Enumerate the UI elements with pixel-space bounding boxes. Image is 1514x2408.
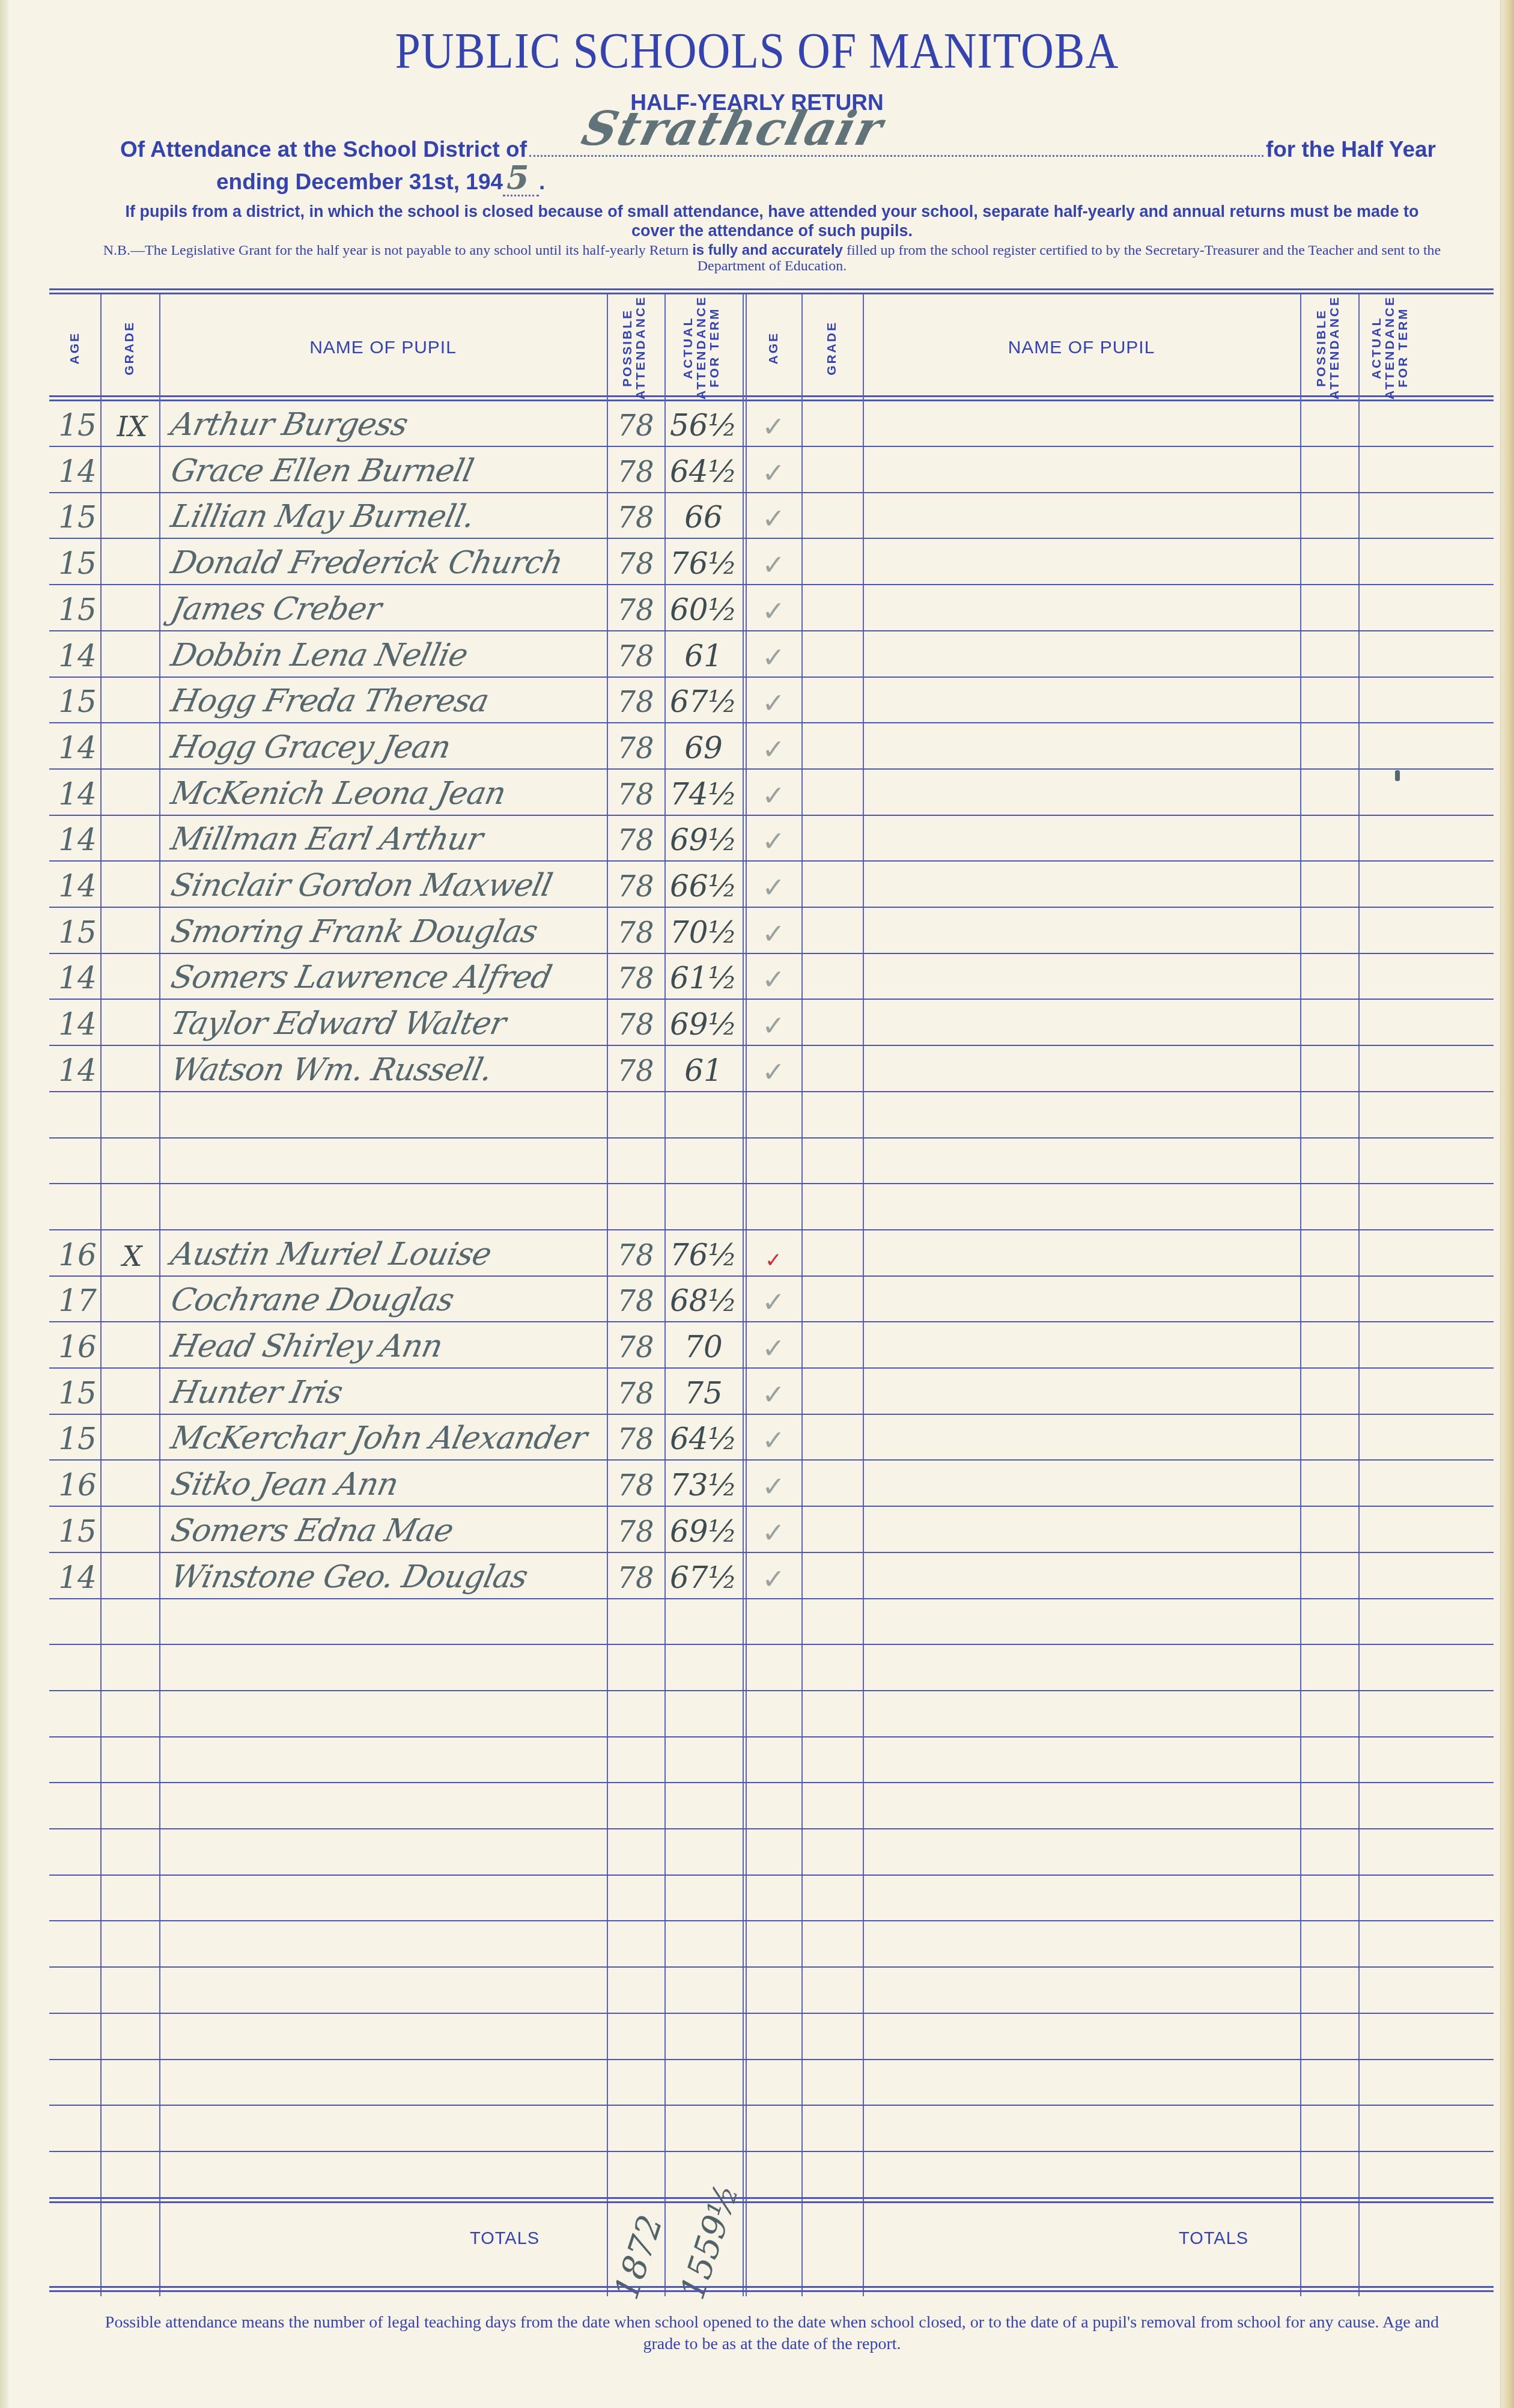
ending-prefix: ending December 31st, 194	[216, 169, 503, 194]
pupil-grade	[105, 446, 160, 493]
col-header-actual: ACTUAL ATTENDANCE FOR TERM	[664, 297, 743, 399]
pupil-grade	[105, 907, 160, 953]
actual-attendance: 64½	[664, 1414, 743, 1460]
check-mark-icon: ✓	[746, 631, 801, 677]
table-row[interactable]: 14Hogg Gracey Jean7869✓	[49, 723, 1494, 769]
check-mark-icon: ✓	[746, 1552, 801, 1599]
possible-attendance: 78	[607, 1368, 664, 1414]
footer-note: Possible attendance means the number of …	[102, 2312, 1442, 2355]
pupil-grade	[105, 1184, 160, 1230]
possible-attendance: 78	[607, 446, 664, 493]
pupil-grade	[105, 1322, 160, 1368]
table-row[interactable]: 17Cochrane Douglas7868½✓	[49, 1275, 1494, 1322]
pupil-name: Taylor Edward Walter	[167, 999, 621, 1045]
check-mark-icon: ✓	[746, 585, 801, 631]
possible-attendance: 78	[607, 999, 664, 1045]
check-mark-icon: ✓	[746, 1275, 801, 1322]
actual-attendance: 76½	[664, 1230, 743, 1276]
pupil-age: 14	[54, 999, 101, 1045]
pupil-name: Grace Ellen Burnell	[167, 446, 621, 493]
col-header-possible: POSSIBLE ATTENDANCE	[607, 297, 664, 399]
check-mark-icon: ✓	[746, 492, 801, 538]
possible-attendance: 78	[607, 1552, 664, 1599]
col-header-grade-2: GRADE	[801, 297, 863, 399]
district-field[interactable]: Strathclair	[529, 137, 1263, 157]
pupil-age: 15	[54, 907, 101, 953]
possible-attendance	[607, 1092, 664, 1138]
actual-attendance: 69½	[664, 999, 743, 1045]
actual-attendance: 74½	[664, 769, 743, 815]
nb-note: N.B.—The Legislative Grant for the half …	[102, 243, 1442, 274]
possible-attendance: 78	[607, 676, 664, 723]
pupil-age	[54, 1184, 101, 1230]
pupil-name: Cochrane Douglas	[167, 1275, 621, 1322]
pupil-grade	[105, 1045, 160, 1092]
pupil-age: 14	[54, 953, 101, 999]
check-mark-icon: ✓	[746, 999, 801, 1045]
pupil-grade	[105, 1275, 160, 1322]
possible-attendance: 78	[607, 1460, 664, 1506]
table-row[interactable]: 14Winstone Geo. Douglas7867½✓	[49, 1552, 1494, 1599]
row-rule	[49, 1736, 1494, 1738]
actual-attendance: 66	[664, 492, 743, 538]
pupil-grade	[105, 1092, 160, 1138]
pupil-age: 15	[54, 1506, 101, 1552]
possible-attendance: 78	[607, 631, 664, 677]
table-row[interactable]: 14Millman Earl Arthur7869½✓	[49, 815, 1494, 861]
possible-attendance: 78	[607, 815, 664, 861]
row-rule	[49, 2151, 1494, 2152]
pupil-name: Hogg Freda Theresa	[167, 676, 621, 723]
table-row[interactable]: 14McKenich Leona Jean7874½✓	[49, 769, 1494, 815]
actual-attendance: 61½	[664, 953, 743, 999]
row-rule	[49, 1782, 1494, 1783]
row-rule	[49, 1828, 1494, 1829]
row-rule	[49, 1920, 1494, 1921]
actual-attendance: 69½	[664, 815, 743, 861]
pupil-age: 14	[54, 861, 101, 907]
col-header-actual-2: ACTUAL ATTENDANCE FOR TERM	[1358, 297, 1443, 399]
district-line: Of Attendance at the School District of …	[120, 137, 1436, 168]
pupil-name: Somers Edna Mae	[167, 1506, 621, 1552]
actual-attendance	[664, 1137, 743, 1184]
possible-attendance: 78	[607, 1414, 664, 1460]
pupil-grade: IX	[105, 400, 160, 446]
pupil-grade	[105, 538, 160, 585]
pupil-name: Lillian May Burnell.	[167, 492, 621, 538]
check-mark-icon: ✓	[746, 538, 801, 585]
pupil-grade	[105, 861, 160, 907]
nb-text: N.B.—The Legislative Grant for the half …	[103, 243, 689, 258]
pupil-name: Austin Muriel Louise	[167, 1230, 621, 1276]
pupil-age: 16	[54, 1230, 101, 1276]
pupil-age: 15	[54, 585, 101, 631]
pupil-grade	[105, 953, 160, 999]
possible-attendance: 78	[607, 1322, 664, 1368]
pupil-grade	[105, 1552, 160, 1599]
pupil-grade	[105, 999, 160, 1045]
actual-attendance: 67½	[664, 1552, 743, 1599]
ending-line: ending December 31st, 1945 .	[216, 169, 545, 196]
pupil-name: Winstone Geo. Douglas	[167, 1552, 621, 1599]
pupil-name: McKenich Leona Jean	[167, 769, 621, 815]
check-mark-icon: ✓	[746, 769, 801, 815]
table-row[interactable]: 15Somers Edna Mae7869½✓	[49, 1506, 1494, 1552]
pupil-grade	[105, 1414, 160, 1460]
ink-mark	[1395, 770, 1400, 781]
pupil-name	[167, 1092, 621, 1138]
district-suffix: for the Half Year	[1266, 137, 1436, 162]
total-possible: 1872	[607, 2210, 670, 2304]
pupil-name: McKerchar John Alexander	[167, 1414, 621, 1460]
table-row[interactable]: 14Watson Wm. Russell.7861✓	[49, 1045, 1494, 1092]
table-row[interactable]: 15IXArthur Burgess7856½✓	[49, 400, 1494, 446]
pupil-grade	[105, 676, 160, 723]
pupil-name	[167, 1137, 621, 1184]
row-rule	[49, 1690, 1494, 1691]
col-header-age-2: AGE	[746, 297, 801, 399]
totals-label-left: TOTALS	[470, 2229, 540, 2249]
totals-top-rule	[49, 2197, 1494, 2199]
possible-attendance: 78	[607, 1045, 664, 1092]
col-header-name: NAME OF PUPIL	[159, 297, 607, 399]
pupil-name: Hogg Gracey Jean	[167, 723, 621, 769]
pupil-grade	[105, 1506, 160, 1552]
pupil-age: 16	[54, 1322, 101, 1368]
col-header-possible-2: POSSIBLE ATTENDANCE	[1300, 297, 1358, 399]
actual-attendance: 69½	[664, 1506, 743, 1552]
pupil-grade	[105, 492, 160, 538]
check-mark-icon: ✓	[746, 1322, 801, 1368]
row-rule	[49, 2059, 1494, 2060]
pupil-name: Somers Lawrence Alfred	[167, 953, 621, 999]
check-mark-icon: ✓	[746, 723, 801, 769]
pupil-age: 14	[54, 1045, 101, 1092]
table-row[interactable]: 16Head Shirley Ann7870✓	[49, 1322, 1494, 1368]
actual-attendance: 66½	[664, 861, 743, 907]
table-row[interactable]: 14Taylor Edward Walter7869½✓	[49, 999, 1494, 1045]
pupil-name	[167, 1184, 621, 1230]
attendance-table: AGE GRADE NAME OF PUPIL POSSIBLE ATTENDA…	[49, 288, 1494, 2296]
pupil-grade	[105, 815, 160, 861]
pupil-age: 17	[54, 1275, 101, 1322]
table-row[interactable]: 16XAustin Muriel Louise7876½✓	[49, 1230, 1494, 1276]
pupil-age	[54, 1137, 101, 1184]
nb-bold: is fully and accurately	[692, 242, 843, 258]
table-row[interactable]: 15Hogg Freda Theresa7867½✓	[49, 676, 1494, 723]
possible-attendance: 78	[607, 1506, 664, 1552]
possible-attendance: 78	[607, 907, 664, 953]
pupil-age: 15	[54, 400, 101, 446]
possible-attendance	[607, 1184, 664, 1230]
pupil-age: 14	[54, 815, 101, 861]
check-mark-icon: ✓	[746, 1368, 801, 1414]
pupil-name: Hunter Iris	[167, 1368, 621, 1414]
col-header-name-2: NAME OF PUPIL	[863, 297, 1300, 399]
pupil-age: 14	[54, 1552, 101, 1599]
col-header-grade: GRADE	[100, 297, 159, 399]
pupil-grade	[105, 1368, 160, 1414]
actual-attendance: 70	[664, 1322, 743, 1368]
totals-label-right: TOTALS	[1179, 2229, 1248, 2249]
possible-attendance: 78	[607, 400, 664, 446]
check-mark-icon: ✓	[746, 1414, 801, 1460]
actual-attendance: 76½	[664, 538, 743, 585]
row-rule	[49, 1966, 1494, 1968]
pupil-grade	[105, 769, 160, 815]
pupil-age: 15	[54, 538, 101, 585]
pupil-age: 15	[54, 1414, 101, 1460]
table-row[interactable]: 14Somers Lawrence Alfred7861½✓	[49, 953, 1494, 999]
table-top-rule	[49, 288, 1494, 290]
check-mark-icon: ✓	[746, 1045, 801, 1092]
pupil-age: 14	[54, 723, 101, 769]
district-prefix: Of Attendance at the School District of	[120, 137, 527, 162]
actual-attendance: 68½	[664, 1275, 743, 1322]
actual-attendance: 70½	[664, 907, 743, 953]
actual-attendance: 61	[664, 1045, 743, 1092]
pupil-name: Arthur Burgess	[167, 400, 621, 446]
actual-attendance: 69	[664, 723, 743, 769]
possible-attendance: 78	[607, 492, 664, 538]
pupil-name: Watson Wm. Russell.	[167, 1045, 621, 1092]
pupil-name: James Creber	[167, 585, 621, 631]
possible-attendance: 78	[607, 723, 664, 769]
possible-attendance: 78	[607, 538, 664, 585]
table-row[interactable]: 14Dobbin Lena Nellie7861✓	[49, 631, 1494, 677]
actual-attendance: 56½	[664, 400, 743, 446]
table-row[interactable]: 15Hunter Iris7875✓	[49, 1368, 1494, 1414]
row-rule	[49, 1874, 1494, 1876]
year-field[interactable]: 5	[503, 169, 539, 196]
check-mark-icon: ✓	[746, 953, 801, 999]
possible-attendance: 78	[607, 1275, 664, 1322]
table-row[interactable]: 15James Creber7860½✓	[49, 585, 1494, 631]
actual-attendance: 60½	[664, 585, 743, 631]
table-row[interactable]: 15Smoring Frank Douglas7870½✓	[49, 907, 1494, 953]
table-row[interactable]	[49, 1137, 1494, 1184]
table-row[interactable]: 15Donald Frederick Church7876½✓	[49, 538, 1494, 585]
table-row[interactable]: 15McKerchar John Alexander7864½✓	[49, 1414, 1494, 1460]
pupil-age: 15	[54, 676, 101, 723]
table-row[interactable]: 15Lillian May Burnell.7866✓	[49, 492, 1494, 538]
check-mark-icon	[746, 1184, 801, 1230]
year-digit: 5	[506, 159, 529, 197]
actual-attendance: 64½	[664, 446, 743, 493]
page-edge-right	[1500, 0, 1514, 2408]
possible-attendance: 78	[607, 861, 664, 907]
pupil-age: 15	[54, 1368, 101, 1414]
row-rule	[49, 2105, 1494, 2106]
pupil-age: 14	[54, 769, 101, 815]
pupil-age: 14	[54, 631, 101, 677]
actual-attendance: 73½	[664, 1460, 743, 1506]
row-rule	[49, 2013, 1494, 2014]
pupil-age: 14	[54, 446, 101, 493]
table-row[interactable]	[49, 1184, 1494, 1230]
check-mark-icon: ✓	[746, 1230, 801, 1276]
check-mark-icon: ✓	[746, 815, 801, 861]
actual-attendance	[664, 1092, 743, 1138]
table-row[interactable]: 14Sinclair Gordon Maxwell7866½✓	[49, 861, 1494, 907]
col-header-age: AGE	[49, 297, 100, 399]
pupil-grade	[105, 1137, 160, 1184]
actual-attendance: 61	[664, 631, 743, 677]
possible-attendance	[607, 1137, 664, 1184]
pupil-name: Donald Frederick Church	[167, 538, 621, 585]
ending-suffix: .	[539, 169, 545, 194]
pupil-name: Sitko Jean Ann	[167, 1460, 621, 1506]
actual-attendance	[664, 1184, 743, 1230]
pupil-age: 15	[54, 492, 101, 538]
pupil-age: 16	[54, 1460, 101, 1506]
possible-attendance: 78	[607, 1230, 664, 1276]
table-bottom-rule	[49, 2286, 1494, 2288]
check-mark-icon: ✓	[746, 1460, 801, 1506]
pupil-name: Smoring Frank Douglas	[167, 907, 621, 953]
table-row[interactable]: 16Sitko Jean Ann7873½✓	[49, 1460, 1494, 1506]
pupil-name: Sinclair Gordon Maxwell	[167, 861, 621, 907]
check-mark-icon: ✓	[746, 446, 801, 493]
pupil-grade	[105, 585, 160, 631]
pupil-grade: X	[105, 1230, 160, 1276]
check-mark-icon: ✓	[746, 861, 801, 907]
possible-attendance: 78	[607, 953, 664, 999]
check-mark-icon: ✓	[746, 676, 801, 723]
page-edge-left	[0, 0, 8, 2408]
check-mark-icon	[746, 1137, 801, 1184]
form-title: PUBLIC SCHOOLS OF MANITOBA	[0, 22, 1514, 81]
possible-attendance: 78	[607, 585, 664, 631]
possible-attendance: 78	[607, 769, 664, 815]
check-mark-icon	[746, 1092, 801, 1138]
row-rule	[49, 1644, 1494, 1645]
table-row[interactable]: 14Grace Ellen Burnell7864½✓	[49, 446, 1494, 493]
pupil-grade	[105, 1460, 160, 1506]
pupil-grade	[105, 723, 160, 769]
district-name: Strathclair	[577, 102, 889, 156]
pupil-age	[54, 1092, 101, 1138]
pupil-grade	[105, 631, 160, 677]
check-mark-icon: ✓	[746, 400, 801, 446]
actual-attendance: 67½	[664, 676, 743, 723]
table-row[interactable]	[49, 1092, 1494, 1138]
warning-note: If pupils from a district, in which the …	[102, 202, 1442, 240]
actual-attendance: 75	[664, 1368, 743, 1414]
check-mark-icon: ✓	[746, 907, 801, 953]
pupil-name: Dobbin Lena Nellie	[167, 631, 621, 677]
check-mark-icon: ✓	[746, 1506, 801, 1552]
pupil-name: Head Shirley Ann	[167, 1322, 621, 1368]
pupil-name: Millman Earl Arthur	[167, 815, 621, 861]
